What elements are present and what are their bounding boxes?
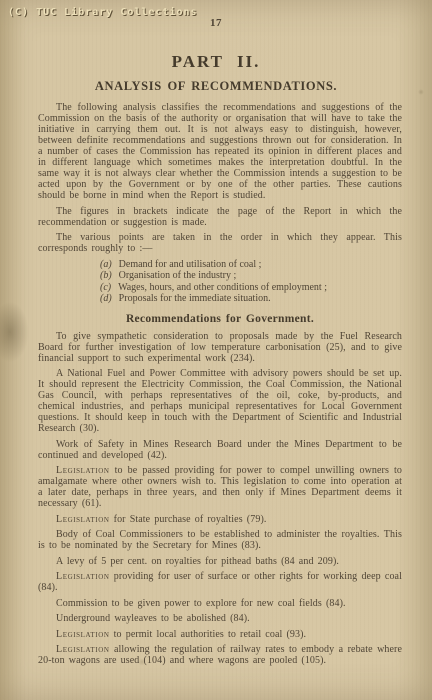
- recommendation-paragraphs: To give sympathetic consideration to pro…: [38, 331, 402, 667]
- paragraph: The various points are taken in the orde…: [38, 232, 402, 254]
- part-title: PART II.: [0, 52, 432, 72]
- paragraph: The figures in brackets indicate the pag…: [38, 206, 402, 228]
- paragraph: Legislation providing for user of surfac…: [38, 571, 402, 593]
- paragraph: A levy of 5 per cent. on royalties for p…: [38, 556, 402, 567]
- paragraph-text: The various points are taken in the orde…: [38, 232, 402, 254]
- list-item: (c)Wages, hours, and other conditions of…: [100, 282, 402, 294]
- paragraph: Legislation to be passed providing for p…: [38, 465, 402, 509]
- paragraph: A National Fuel and Power Committee with…: [38, 368, 402, 434]
- small-caps-lead: Legislation: [56, 629, 110, 640]
- list-item: (d)Proposals for the immediate situation…: [100, 293, 402, 305]
- paragraph: Commission to be given power to explore …: [38, 598, 402, 609]
- list-item-text: Demand for and utilisation of coal ;: [119, 259, 262, 270]
- paragraph-text: A National Fuel and Power Committee with…: [38, 368, 402, 434]
- intro-paragraphs: The following analysis classifies the re…: [38, 102, 402, 254]
- paragraph-text: To give sympathetic consideration to pro…: [38, 331, 402, 364]
- list-item-text: Wages, hours, and other conditions of em…: [118, 282, 327, 293]
- paragraph: Legislation for State purchase of royalt…: [38, 514, 402, 525]
- scanned-page: (C) TUC Library Collections 17 PART II. …: [0, 0, 432, 700]
- list-item-text: Proposals for the immediate situation.: [119, 293, 271, 304]
- paragraph: Body of Coal Commissioners to be establi…: [38, 529, 402, 551]
- subsection-title: Recommendations for Government.: [38, 313, 402, 325]
- watermark: (C) TUC Library Collections: [8, 7, 198, 18]
- paragraph-text: Commission to be given power to explore …: [56, 598, 346, 609]
- list-item-marker: (b): [100, 270, 112, 281]
- paragraph-text: The figures in brackets indicate the pag…: [38, 206, 402, 228]
- small-caps-lead: Legislation: [56, 571, 110, 582]
- list-item: (b)Organisation of the industry ;: [100, 270, 402, 282]
- page-content: The following analysis classifies the re…: [38, 102, 402, 666]
- paragraph: Underground wayleaves to be abolished (8…: [38, 613, 402, 624]
- paragraph-text: Work of Safety in Mines Research Board u…: [38, 439, 402, 461]
- list-item-marker: (d): [100, 293, 112, 304]
- list-item: (a)Demand for and utilisation of coal ;: [100, 259, 402, 271]
- paragraph: Legislation allowing the regulation of r…: [38, 644, 402, 666]
- paragraph: The following analysis classifies the re…: [38, 102, 402, 201]
- paragraph-text: to permit local authorities to retail co…: [114, 629, 306, 640]
- paragraph-text: for State purchase of royalties (79).: [114, 514, 267, 525]
- list-item-marker: (a): [100, 259, 112, 270]
- small-caps-lead: Legislation: [56, 644, 110, 655]
- paragraph: Work of Safety in Mines Research Board u…: [38, 439, 402, 461]
- paragraph-text: Underground wayleaves to be abolished (8…: [56, 613, 250, 624]
- points-list: (a)Demand for and utilisation of coal ;(…: [100, 259, 402, 305]
- small-caps-lead: Legislation: [56, 465, 110, 476]
- list-item-marker: (c): [100, 282, 111, 293]
- small-caps-lead: Legislation: [56, 514, 110, 525]
- paragraph-text: The following analysis classifies the re…: [38, 102, 402, 201]
- analysis-title: ANALYSIS OF RECOMMENDATIONS.: [0, 79, 432, 94]
- paragraph-text: Body of Coal Commissioners to be establi…: [38, 529, 402, 551]
- paragraph-text: A levy of 5 per cent. on royalties for p…: [56, 556, 339, 567]
- paragraph: Legislation to permit local authorities …: [38, 629, 402, 640]
- paragraph: To give sympathetic consideration to pro…: [38, 331, 402, 364]
- list-item-text: Organisation of the industry ;: [119, 270, 237, 281]
